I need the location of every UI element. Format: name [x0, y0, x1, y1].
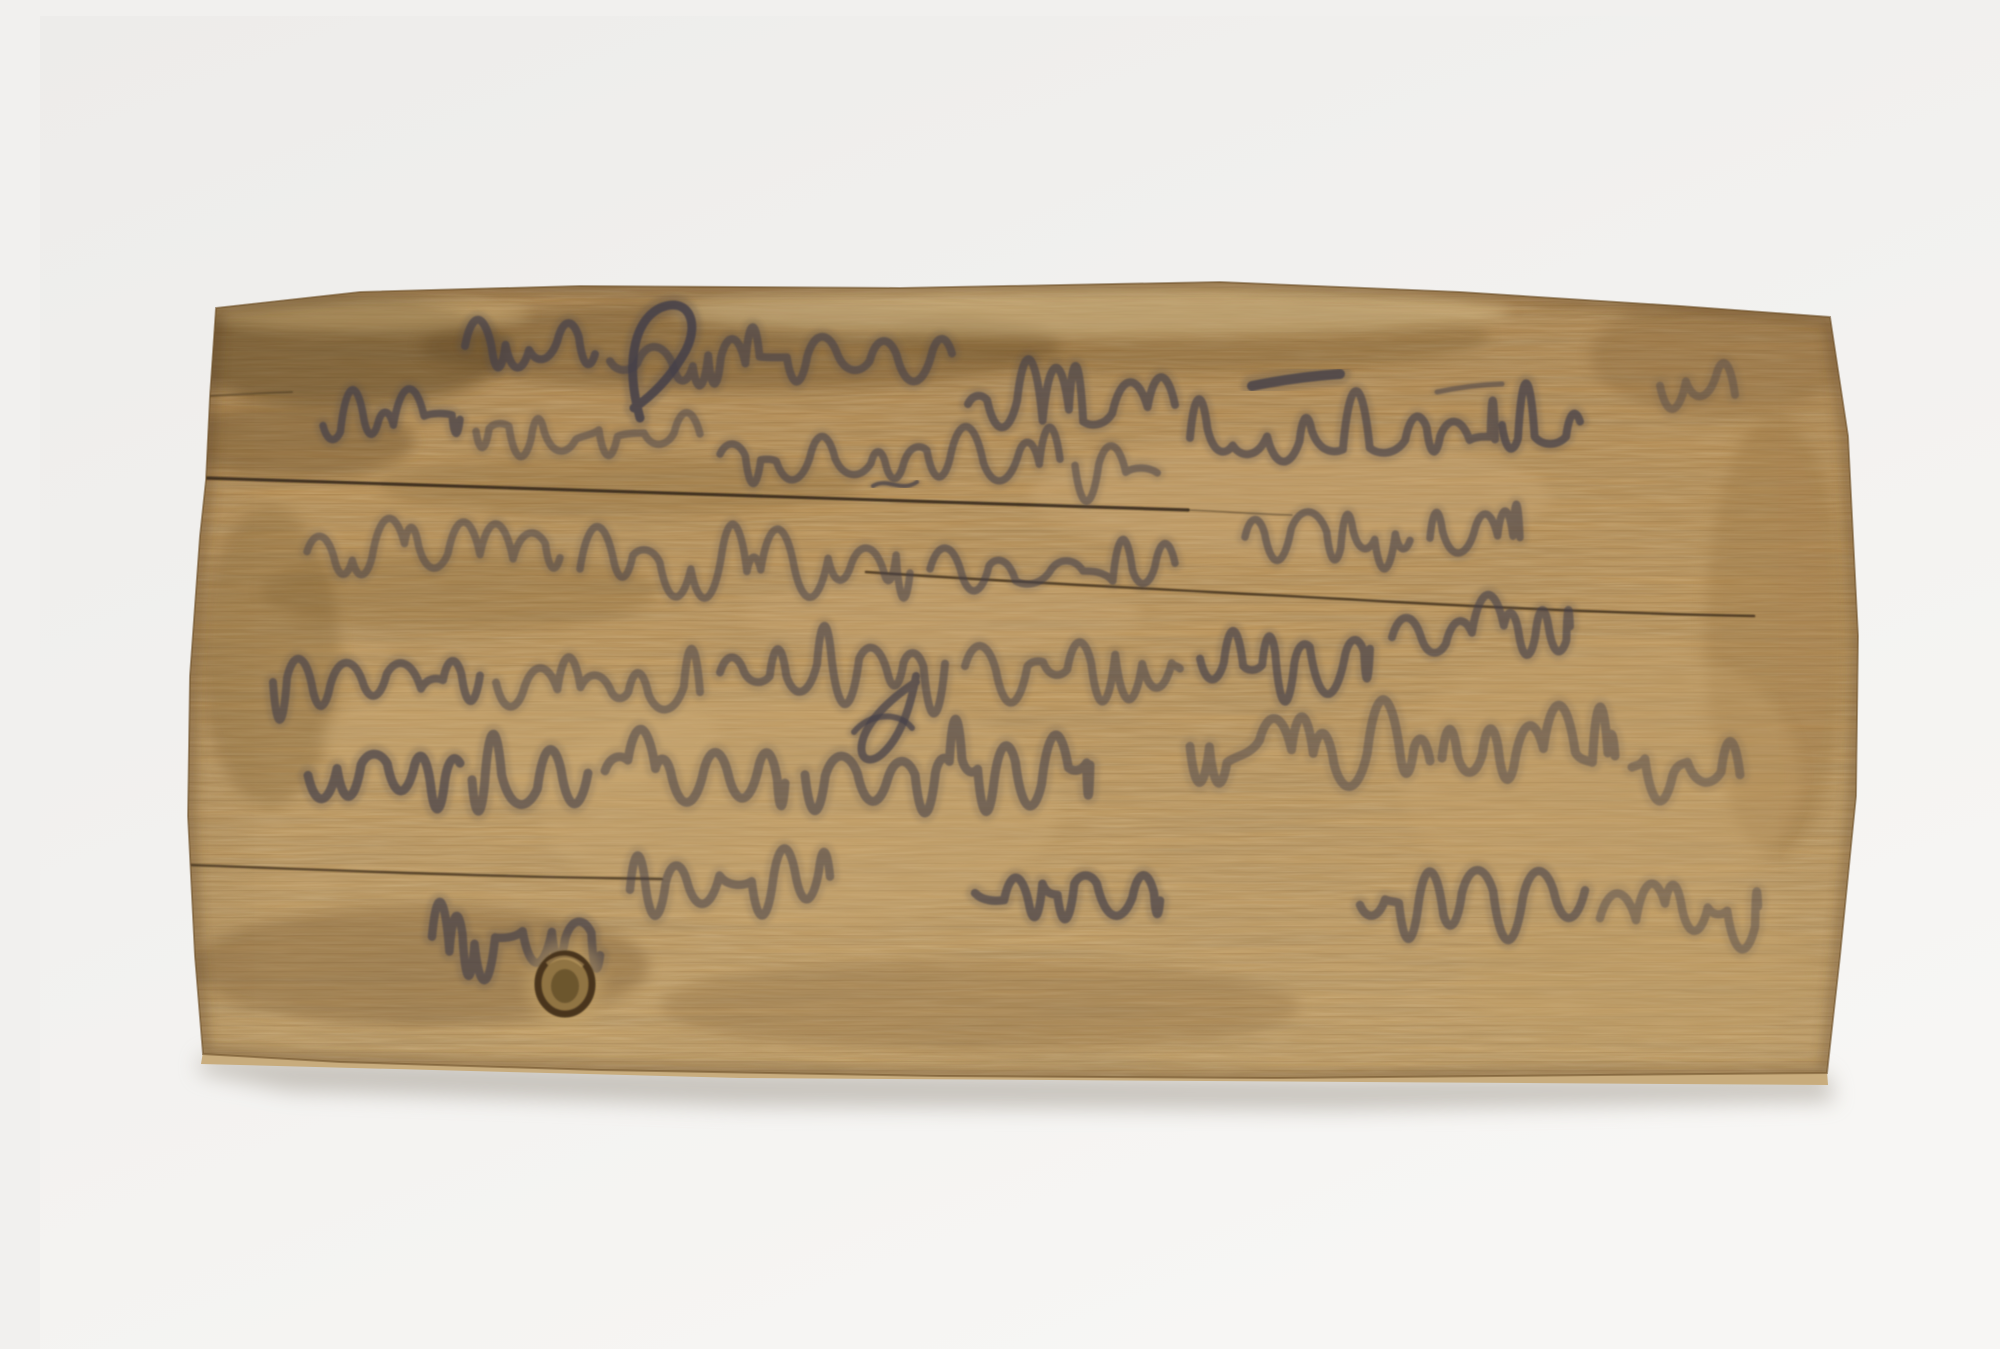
wood-tag-scene: [40, 16, 2000, 1333]
knot-hole: [525, 941, 605, 1027]
wood-stain: [660, 961, 1300, 1051]
wooden-tag-photograph: [40, 16, 2000, 1333]
wood-stain: [200, 506, 340, 806]
knot-center: [551, 969, 579, 1003]
wood-stain: [260, 551, 660, 631]
